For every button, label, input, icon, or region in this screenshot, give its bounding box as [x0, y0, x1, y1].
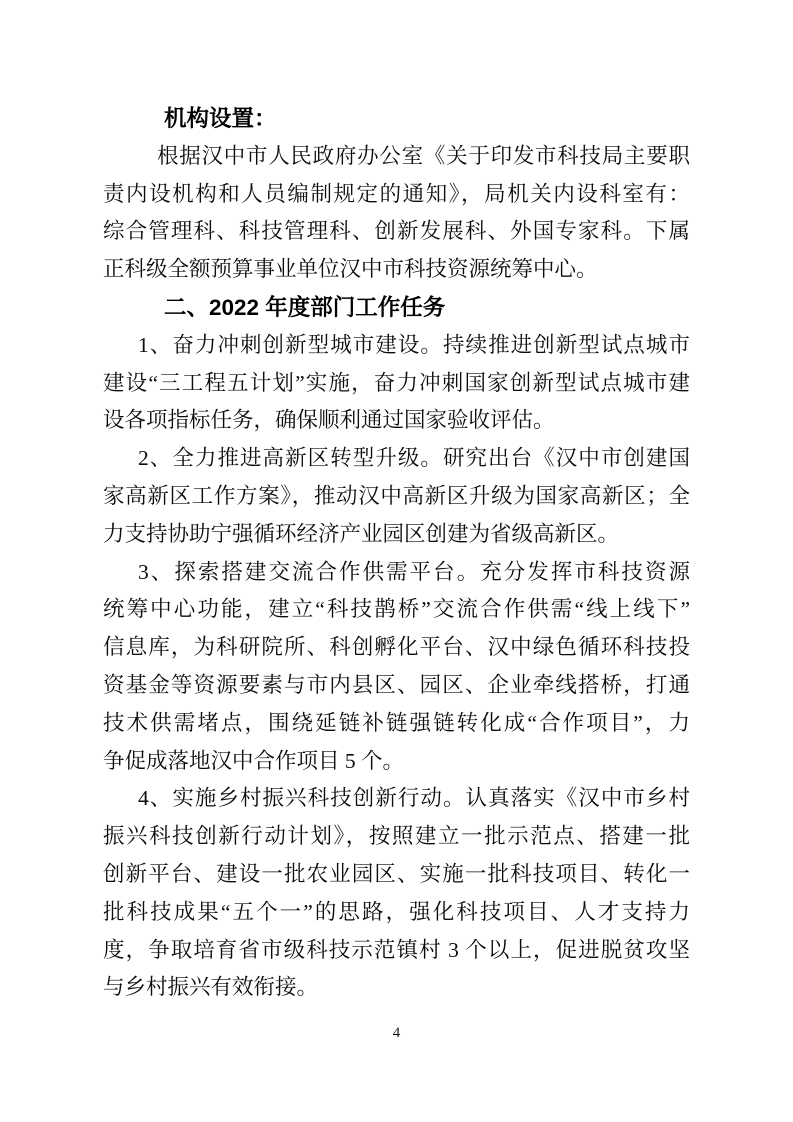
body-text-line: 4、实施乡村振兴科技创新行动。认真落实《汉中市乡村	[103, 780, 690, 818]
body-text-line: 设各项指标任务，确保顺利通过国家验收评估。	[103, 402, 690, 440]
body-text-line: 创新平台、建设一批农业园区、实施一批科技项目、转化一	[103, 856, 690, 894]
body-text-line: 资基金等资源要素与市内县区、园区、企业牵线搭桥，打通	[103, 667, 690, 705]
body-text-line: 责内设机构和人员编制规定的通知》，局机关内设科室有：	[103, 176, 690, 214]
document-body: 机构设置：根据汉中市人民政府办公室《关于印发市科技局主要职责内设机构和人员编制规…	[103, 100, 690, 1007]
body-text-line: 争促成落地汉中合作项目 5 个。	[103, 743, 690, 781]
document-page: 机构设置：根据汉中市人民政府办公室《关于印发市科技局主要职责内设机构和人员编制规…	[0, 0, 793, 1122]
body-text-line: 统筹中心功能，建立“科技鹊桥”交流合作供需“线上线下”	[103, 591, 690, 629]
heading-line: 二、2022 年度部门工作任务	[103, 289, 690, 327]
body-text-line: 建设“三工程五计划”实施，奋力冲刺国家创新型试点城市建	[103, 365, 690, 403]
heading-line: 机构设置：	[103, 100, 690, 138]
body-text-line: 信息库，为科研院所、科创孵化平台、汉中绿色循环科技投	[103, 629, 690, 667]
body-text-line: 3、探索搭建交流合作供需平台。充分发挥市科技资源	[103, 554, 690, 592]
page-number: 4	[393, 1025, 401, 1041]
body-text-line: 技术供需堵点，围绕延链补链强链转化成“合作项目”，力	[103, 705, 690, 743]
body-text-line: 综合管理科、科技管理科、创新发展科、外国专家科。下属	[103, 213, 690, 251]
body-text-line: 批科技成果“五个一”的思路，强化科技项目、人才支持力	[103, 894, 690, 932]
body-text-line: 与乡村振兴有效衔接。	[103, 969, 690, 1007]
body-text-line: 振兴科技创新行动计划》，按照建立一批示范点、搭建一批	[103, 818, 690, 856]
body-text-line: 2、全力推进高新区转型升级。研究出台《汉中市创建国	[103, 440, 690, 478]
body-text-line: 正科级全额预算事业单位汉中市科技资源统筹中心。	[103, 251, 690, 289]
page-footer: 4	[0, 1023, 793, 1043]
body-text-line: 度，争取培育省市级科技示范镇村 3 个以上，促进脱贫攻坚	[103, 932, 690, 970]
body-text-line: 1、奋力冲刺创新型城市建设。持续推进创新型试点城市	[103, 327, 690, 365]
body-text-line: 根据汉中市人民政府办公室《关于印发市科技局主要职	[103, 138, 690, 176]
body-text-line: 家高新区工作方案》，推动汉中高新区升级为国家高新区；全	[103, 478, 690, 516]
body-text-line: 力支持协助宁强循环经济产业园区创建为省级高新区。	[103, 516, 690, 554]
